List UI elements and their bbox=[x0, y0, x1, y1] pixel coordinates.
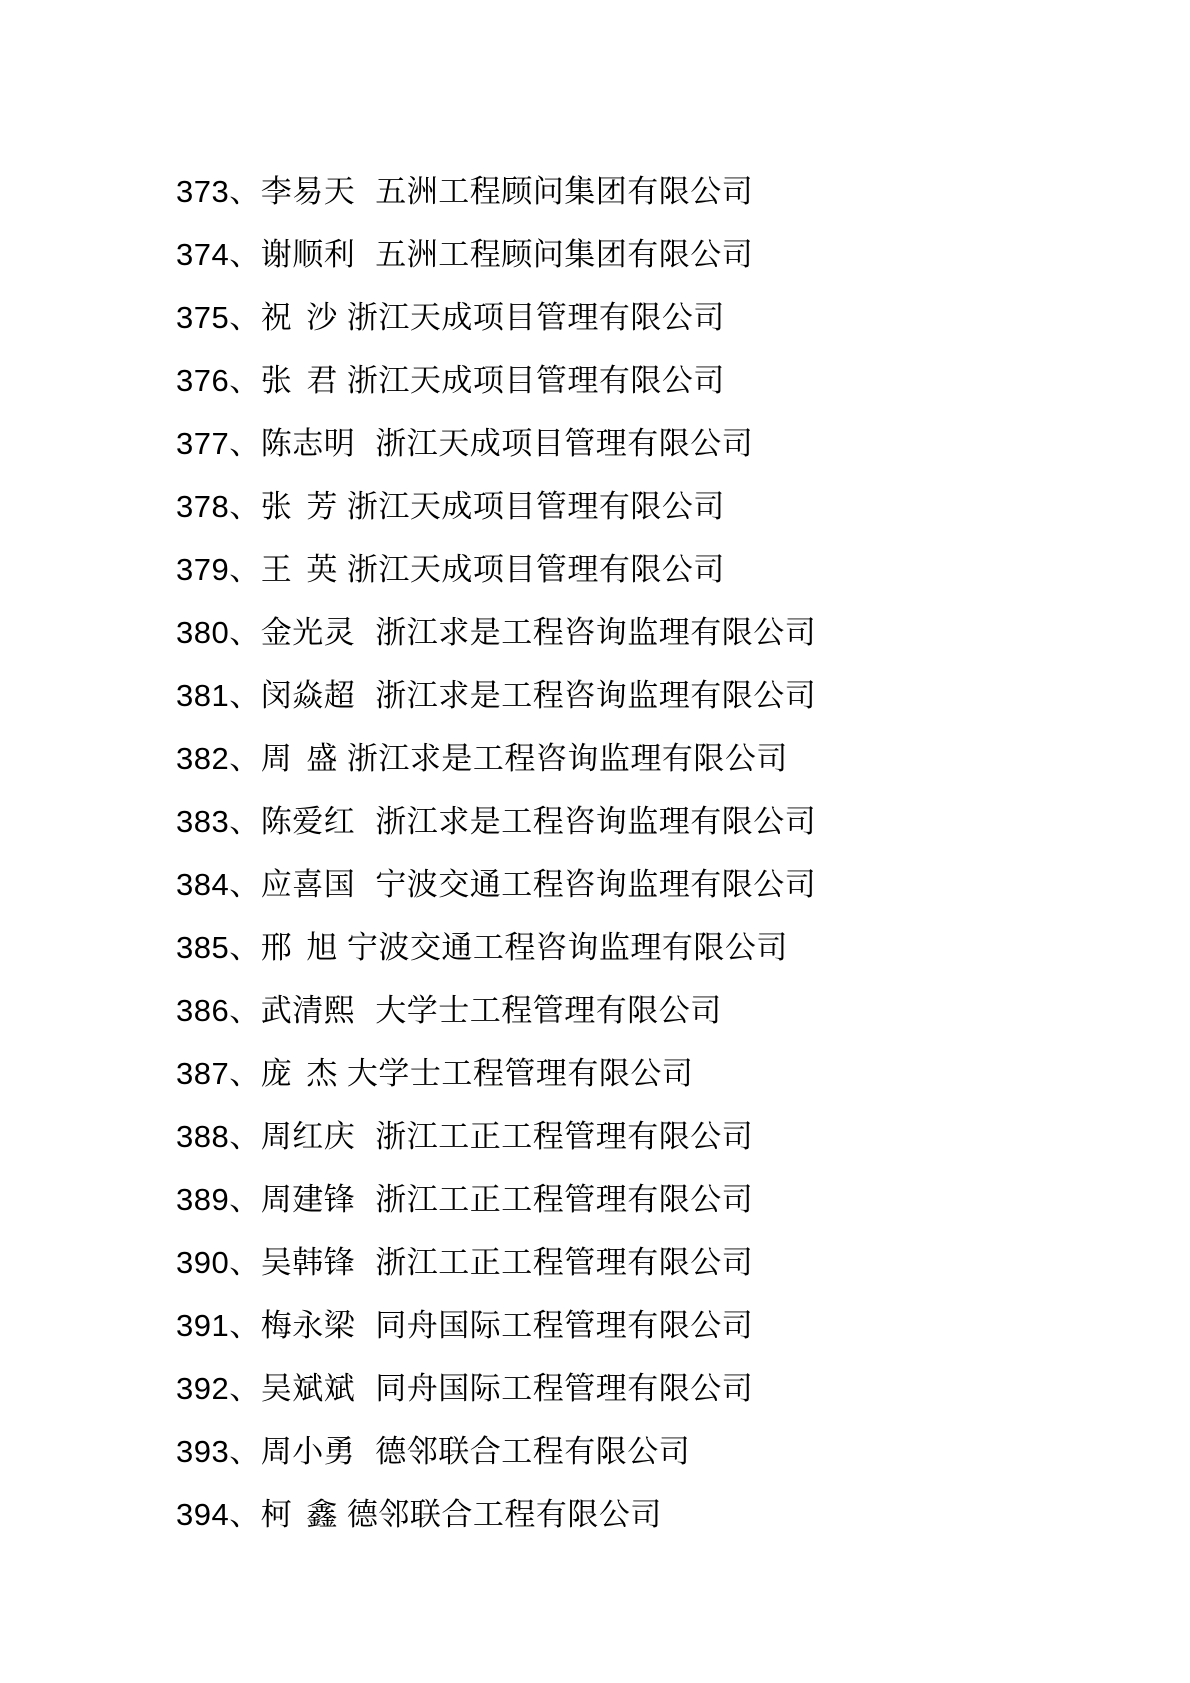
entry-name: 陈志明 bbox=[261, 412, 356, 475]
list-item: 389、周建锋浙江工正工程管理有限公司 bbox=[176, 1168, 1150, 1231]
entry-number: 392、 bbox=[176, 1357, 261, 1420]
entry-name: 周建锋 bbox=[261, 1168, 356, 1231]
entry-company: 浙江天成项目管理有限公司 bbox=[347, 349, 725, 412]
entry-name: 闵焱超 bbox=[261, 664, 356, 727]
entry-number: 389、 bbox=[176, 1168, 261, 1231]
entry-number: 388、 bbox=[176, 1105, 261, 1168]
entry-name: 吴斌斌 bbox=[261, 1357, 356, 1420]
entry-name: 武清熙 bbox=[261, 979, 356, 1042]
entry-company: 五洲工程顾问集团有限公司 bbox=[375, 223, 753, 286]
list-item: 377、陈志明浙江天成项目管理有限公司 bbox=[176, 412, 1150, 475]
list-item: 391、梅永梁同舟国际工程管理有限公司 bbox=[176, 1294, 1150, 1357]
list-item: 386、武清熙大学士工程管理有限公司 bbox=[176, 979, 1150, 1042]
entry-name: 周小勇 bbox=[261, 1420, 356, 1483]
list-item: 373、李易天五洲工程顾问集团有限公司 bbox=[176, 160, 1150, 223]
entry-company: 浙江工正工程管理有限公司 bbox=[375, 1105, 753, 1168]
list-item: 383、陈爱红浙江求是工程咨询监理有限公司 bbox=[176, 790, 1150, 853]
list-item: 393、周小勇德邻联合工程有限公司 bbox=[176, 1420, 1150, 1483]
entry-name: 祝 沙 bbox=[261, 286, 338, 349]
list-item: 387、庞 杰大学士工程管理有限公司 bbox=[176, 1042, 1150, 1105]
list-item: 375、祝 沙浙江天成项目管理有限公司 bbox=[176, 286, 1150, 349]
entry-company: 德邻联合工程有限公司 bbox=[375, 1420, 690, 1483]
entry-number: 393、 bbox=[176, 1420, 261, 1483]
entry-company: 浙江天成项目管理有限公司 bbox=[347, 538, 725, 601]
list-item: 385、邢 旭宁波交通工程咨询监理有限公司 bbox=[176, 916, 1150, 979]
entry-name: 柯 鑫 bbox=[261, 1483, 338, 1546]
entry-number: 375、 bbox=[176, 286, 261, 349]
entry-company: 浙江求是工程咨询监理有限公司 bbox=[375, 664, 816, 727]
entry-name: 张 君 bbox=[261, 349, 338, 412]
entry-name: 王 英 bbox=[261, 538, 338, 601]
entry-number: 383、 bbox=[176, 790, 261, 853]
entry-number: 386、 bbox=[176, 979, 261, 1042]
entry-name: 吴韩锋 bbox=[261, 1231, 356, 1294]
entry-company: 大学士工程管理有限公司 bbox=[347, 1042, 694, 1105]
list-item: 381、闵焱超浙江求是工程咨询监理有限公司 bbox=[176, 664, 1150, 727]
list-item: 379、王 英浙江天成项目管理有限公司 bbox=[176, 538, 1150, 601]
entry-company: 同舟国际工程管理有限公司 bbox=[375, 1357, 753, 1420]
list-item: 384、应喜国宁波交通工程咨询监理有限公司 bbox=[176, 853, 1150, 916]
entry-number: 391、 bbox=[176, 1294, 261, 1357]
entry-number: 387、 bbox=[176, 1042, 261, 1105]
entry-number: 379、 bbox=[176, 538, 261, 601]
entry-number: 374、 bbox=[176, 223, 261, 286]
entry-number: 377、 bbox=[176, 412, 261, 475]
name-company-roster: 373、李易天五洲工程顾问集团有限公司374、谢顺利五洲工程顾问集团有限公司37… bbox=[176, 160, 1150, 1546]
list-item: 390、吴韩锋浙江工正工程管理有限公司 bbox=[176, 1231, 1150, 1294]
entry-name: 邢 旭 bbox=[261, 916, 338, 979]
entry-name: 李易天 bbox=[261, 160, 356, 223]
entry-company: 浙江求是工程咨询监理有限公司 bbox=[375, 790, 816, 853]
entry-company: 浙江求是工程咨询监理有限公司 bbox=[347, 727, 788, 790]
entry-company: 浙江工正工程管理有限公司 bbox=[375, 1231, 753, 1294]
entry-number: 382、 bbox=[176, 727, 261, 790]
entry-number: 384、 bbox=[176, 853, 261, 916]
list-item: 374、谢顺利五洲工程顾问集团有限公司 bbox=[176, 223, 1150, 286]
entry-name: 谢顺利 bbox=[261, 223, 356, 286]
entry-number: 390、 bbox=[176, 1231, 261, 1294]
entry-company: 大学士工程管理有限公司 bbox=[375, 979, 722, 1042]
entry-number: 385、 bbox=[176, 916, 261, 979]
entry-company: 宁波交通工程咨询监理有限公司 bbox=[375, 853, 816, 916]
entry-name: 梅永梁 bbox=[261, 1294, 356, 1357]
entry-number: 373、 bbox=[176, 160, 261, 223]
list-item: 378、张 芳浙江天成项目管理有限公司 bbox=[176, 475, 1150, 538]
entry-name: 张 芳 bbox=[261, 475, 338, 538]
list-item: 388、周红庆浙江工正工程管理有限公司 bbox=[176, 1105, 1150, 1168]
document-page: 373、李易天五洲工程顾问集团有限公司374、谢顺利五洲工程顾问集团有限公司37… bbox=[0, 0, 1190, 1683]
entry-company: 浙江工正工程管理有限公司 bbox=[375, 1168, 753, 1231]
entry-company: 五洲工程顾问集团有限公司 bbox=[375, 160, 753, 223]
entry-number: 378、 bbox=[176, 475, 261, 538]
entry-name: 周红庆 bbox=[261, 1105, 356, 1168]
list-item: 392、吴斌斌同舟国际工程管理有限公司 bbox=[176, 1357, 1150, 1420]
entry-number: 381、 bbox=[176, 664, 261, 727]
entry-company: 浙江天成项目管理有限公司 bbox=[375, 412, 753, 475]
list-item: 394、柯 鑫德邻联合工程有限公司 bbox=[176, 1483, 1150, 1546]
entry-company: 浙江求是工程咨询监理有限公司 bbox=[375, 601, 816, 664]
list-item: 376、张 君浙江天成项目管理有限公司 bbox=[176, 349, 1150, 412]
entry-company: 宁波交通工程咨询监理有限公司 bbox=[347, 916, 788, 979]
list-item: 380、金光灵浙江求是工程咨询监理有限公司 bbox=[176, 601, 1150, 664]
entry-name: 庞 杰 bbox=[261, 1042, 338, 1105]
entry-number: 376、 bbox=[176, 349, 261, 412]
entry-name: 周 盛 bbox=[261, 727, 338, 790]
entry-name: 应喜国 bbox=[261, 853, 356, 916]
entry-company: 德邻联合工程有限公司 bbox=[347, 1483, 662, 1546]
entry-number: 394、 bbox=[176, 1483, 261, 1546]
entry-name: 金光灵 bbox=[261, 601, 356, 664]
list-item: 382、周 盛浙江求是工程咨询监理有限公司 bbox=[176, 727, 1150, 790]
entry-company: 同舟国际工程管理有限公司 bbox=[375, 1294, 753, 1357]
entry-number: 380、 bbox=[176, 601, 261, 664]
entry-name: 陈爱红 bbox=[261, 790, 356, 853]
entry-company: 浙江天成项目管理有限公司 bbox=[347, 475, 725, 538]
entry-company: 浙江天成项目管理有限公司 bbox=[347, 286, 725, 349]
